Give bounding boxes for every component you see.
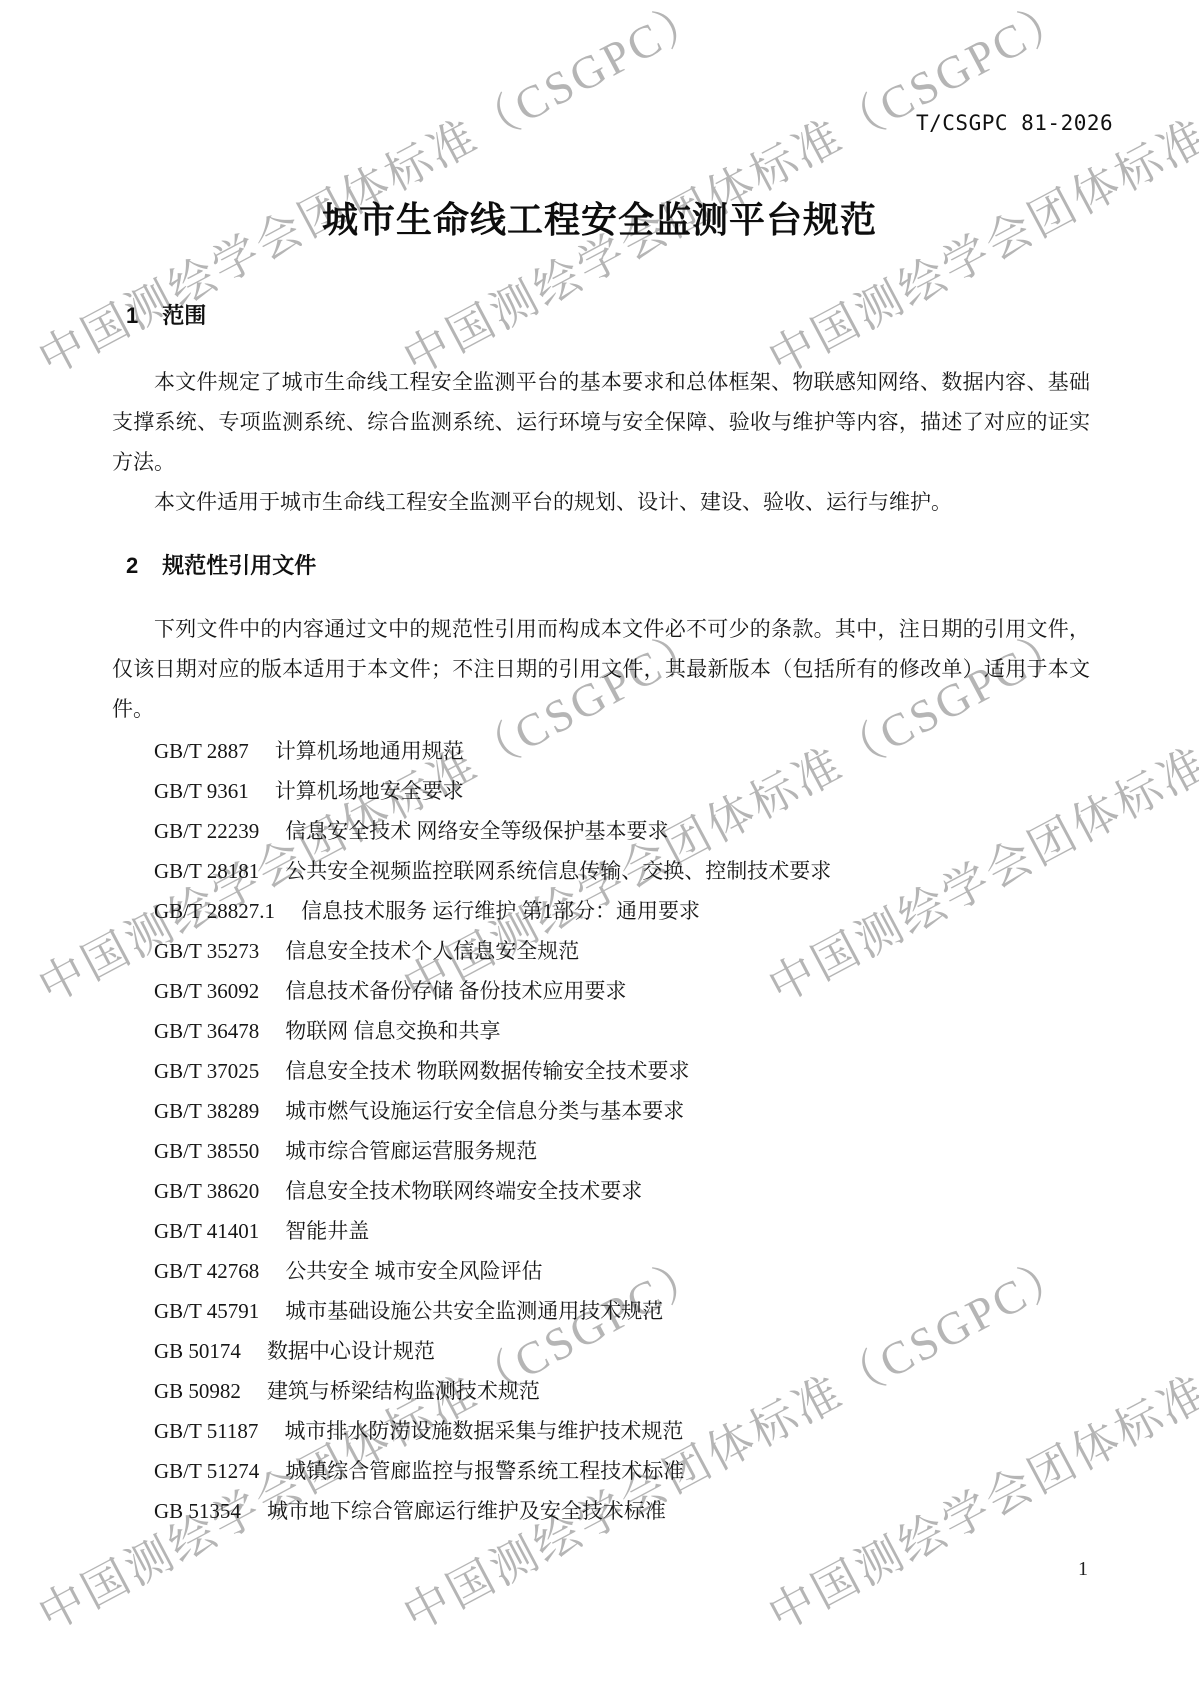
- section-1-number: 1: [126, 303, 138, 329]
- reference-code: GB 50982: [154, 1379, 241, 1403]
- reference-item: GB/T 51274城镇综合管廊监控与报警系统工程技术标准: [154, 1451, 1054, 1491]
- reference-code: GB 50174: [154, 1339, 241, 1363]
- reference-item: GB/T 35273信息安全技术个人信息安全规范: [154, 931, 1054, 971]
- reference-code: GB/T 28181: [154, 859, 259, 883]
- reference-item: GB/T 51187城市排水防涝设施数据采集与维护技术规范: [154, 1411, 1054, 1451]
- reference-code: GB/T 38550: [154, 1139, 259, 1163]
- paragraph: 本文件适用于城市生命线工程安全监测平台的规划、设计、建设、验收、运行与维护。: [112, 482, 1090, 522]
- section-1-heading-text: 范围: [162, 303, 206, 328]
- reference-item: GB/T 45791城市基础设施公共安全监测通用技术规范: [154, 1291, 1054, 1331]
- reference-title: 信息技术备份存储 备份技术应用要求: [285, 979, 626, 1003]
- reference-title: 城镇综合管廊监控与报警系统工程技术标准: [285, 1459, 684, 1483]
- reference-title: 数据中心设计规范: [267, 1339, 435, 1363]
- reference-code: GB/T 38620: [154, 1179, 259, 1203]
- reference-code: GB/T 22239: [154, 819, 259, 843]
- reference-code: GB/T 2887: [154, 739, 249, 763]
- section-2-number: 2: [126, 553, 138, 579]
- reference-code: GB/T 36092: [154, 979, 259, 1003]
- reference-item: GB/T 36092信息技术备份存储 备份技术应用要求: [154, 971, 1054, 1011]
- document-title: 城市生命线工程安全监测平台规范: [0, 192, 1199, 243]
- document-page: 中国测绘学会团体标准（CSGPC）中国测绘学会团体标准（CSGPC）中国测绘学会…: [0, 0, 1199, 1696]
- reference-code: GB/T 38289: [154, 1099, 259, 1123]
- reference-code: GB/T 36478: [154, 1019, 259, 1043]
- section-1-body: 本文件规定了城市生命线工程安全监测平台的基本要求和总体框架、物联感知网络、数据内…: [112, 362, 1090, 522]
- reference-title: 物联网 信息交换和共享: [285, 1019, 500, 1043]
- page-number: 1: [1078, 1558, 1088, 1581]
- reference-code: GB/T 41401: [154, 1219, 259, 1243]
- reference-item: GB/T 41401智能井盖: [154, 1211, 1054, 1251]
- reference-code: GB/T 9361: [154, 779, 249, 803]
- paragraph: 本文件规定了城市生命线工程安全监测平台的基本要求和总体框架、物联感知网络、数据内…: [112, 362, 1090, 482]
- reference-item: GB/T 42768公共安全 城市安全风险评估: [154, 1251, 1054, 1291]
- reference-item: GB/T 9361计算机场地安全要求: [154, 771, 1054, 811]
- page-content: T/CSGPC 81-2026 城市生命线工程安全监测平台规范 1范围 本文件规…: [0, 0, 1199, 1696]
- reference-item: GB/T 28181公共安全视频监控联网系统信息传输、交换、控制技术要求: [154, 851, 1054, 891]
- reference-item: GB/T 28827.1信息技术服务 运行维护 第1部分：通用要求: [154, 891, 1054, 931]
- reference-code: GB/T 51274: [154, 1459, 259, 1483]
- reference-code: GB/T 42768: [154, 1259, 259, 1283]
- reference-title: 信息安全技术 网络安全等级保护基本要求: [285, 819, 668, 843]
- reference-title: 城市地下综合管廊运行维护及安全技术标准: [267, 1499, 666, 1523]
- paragraph: 下列文件中的内容通过文中的规范性引用而构成本文件必不可少的条款。其中，注日期的引…: [112, 609, 1090, 729]
- reference-item: GB/T 36478物联网 信息交换和共享: [154, 1011, 1054, 1051]
- reference-item: GB/T 37025信息安全技术 物联网数据传输安全技术要求: [154, 1051, 1054, 1091]
- section-2-heading: 2规范性引用文件: [126, 549, 316, 580]
- section-2-body: 下列文件中的内容通过文中的规范性引用而构成本文件必不可少的条款。其中，注日期的引…: [112, 609, 1090, 729]
- reference-code: GB/T 51187: [154, 1419, 258, 1443]
- reference-code: GB/T 28827.1: [154, 899, 275, 923]
- reference-item: GB/T 38620信息安全技术物联网终端安全技术要求: [154, 1171, 1054, 1211]
- reference-code: GB/T 45791: [154, 1299, 259, 1323]
- reference-item: GB/T 22239信息安全技术 网络安全等级保护基本要求: [154, 811, 1054, 851]
- standard-code-header: T/CSGPC 81-2026: [916, 111, 1113, 135]
- reference-title: 计算机场地通用规范: [275, 739, 464, 763]
- reference-item: GB 51354城市地下综合管廊运行维护及安全技术标准: [154, 1491, 1054, 1531]
- reference-item: GB/T 2887计算机场地通用规范: [154, 731, 1054, 771]
- section-1-heading: 1范围: [126, 299, 206, 330]
- reference-title: 信息安全技术物联网终端安全技术要求: [285, 1179, 642, 1203]
- normative-reference-list: GB/T 2887计算机场地通用规范 GB/T 9361计算机场地安全要求 GB…: [154, 731, 1054, 1531]
- reference-title: 公共安全 城市安全风险评估: [285, 1259, 542, 1283]
- reference-title: 信息安全技术 物联网数据传输安全技术要求: [285, 1059, 689, 1083]
- reference-code: GB 51354: [154, 1499, 241, 1523]
- reference-title: 信息技术服务 运行维护 第1部分：通用要求: [301, 899, 700, 923]
- reference-title: 城市基础设施公共安全监测通用技术规范: [285, 1299, 663, 1323]
- reference-title: 智能井盖: [285, 1219, 369, 1243]
- reference-title: 计算机场地安全要求: [275, 779, 464, 803]
- reference-code: GB/T 35273: [154, 939, 259, 963]
- reference-title: 城市排水防涝设施数据采集与维护技术规范: [284, 1419, 683, 1443]
- reference-item: GB/T 38550城市综合管廊运营服务规范: [154, 1131, 1054, 1171]
- reference-item: GB 50174数据中心设计规范: [154, 1331, 1054, 1371]
- reference-code: GB/T 37025: [154, 1059, 259, 1083]
- reference-item: GB/T 38289城市燃气设施运行安全信息分类与基本要求: [154, 1091, 1054, 1131]
- reference-title: 公共安全视频监控联网系统信息传输、交换、控制技术要求: [285, 859, 831, 883]
- reference-title: 建筑与桥梁结构监测技术规范: [267, 1379, 540, 1403]
- reference-title: 城市综合管廊运营服务规范: [285, 1139, 537, 1163]
- reference-title: 信息安全技术个人信息安全规范: [285, 939, 579, 963]
- section-2-heading-text: 规范性引用文件: [162, 553, 316, 578]
- reference-title: 城市燃气设施运行安全信息分类与基本要求: [285, 1099, 684, 1123]
- reference-item: GB 50982建筑与桥梁结构监测技术规范: [154, 1371, 1054, 1411]
